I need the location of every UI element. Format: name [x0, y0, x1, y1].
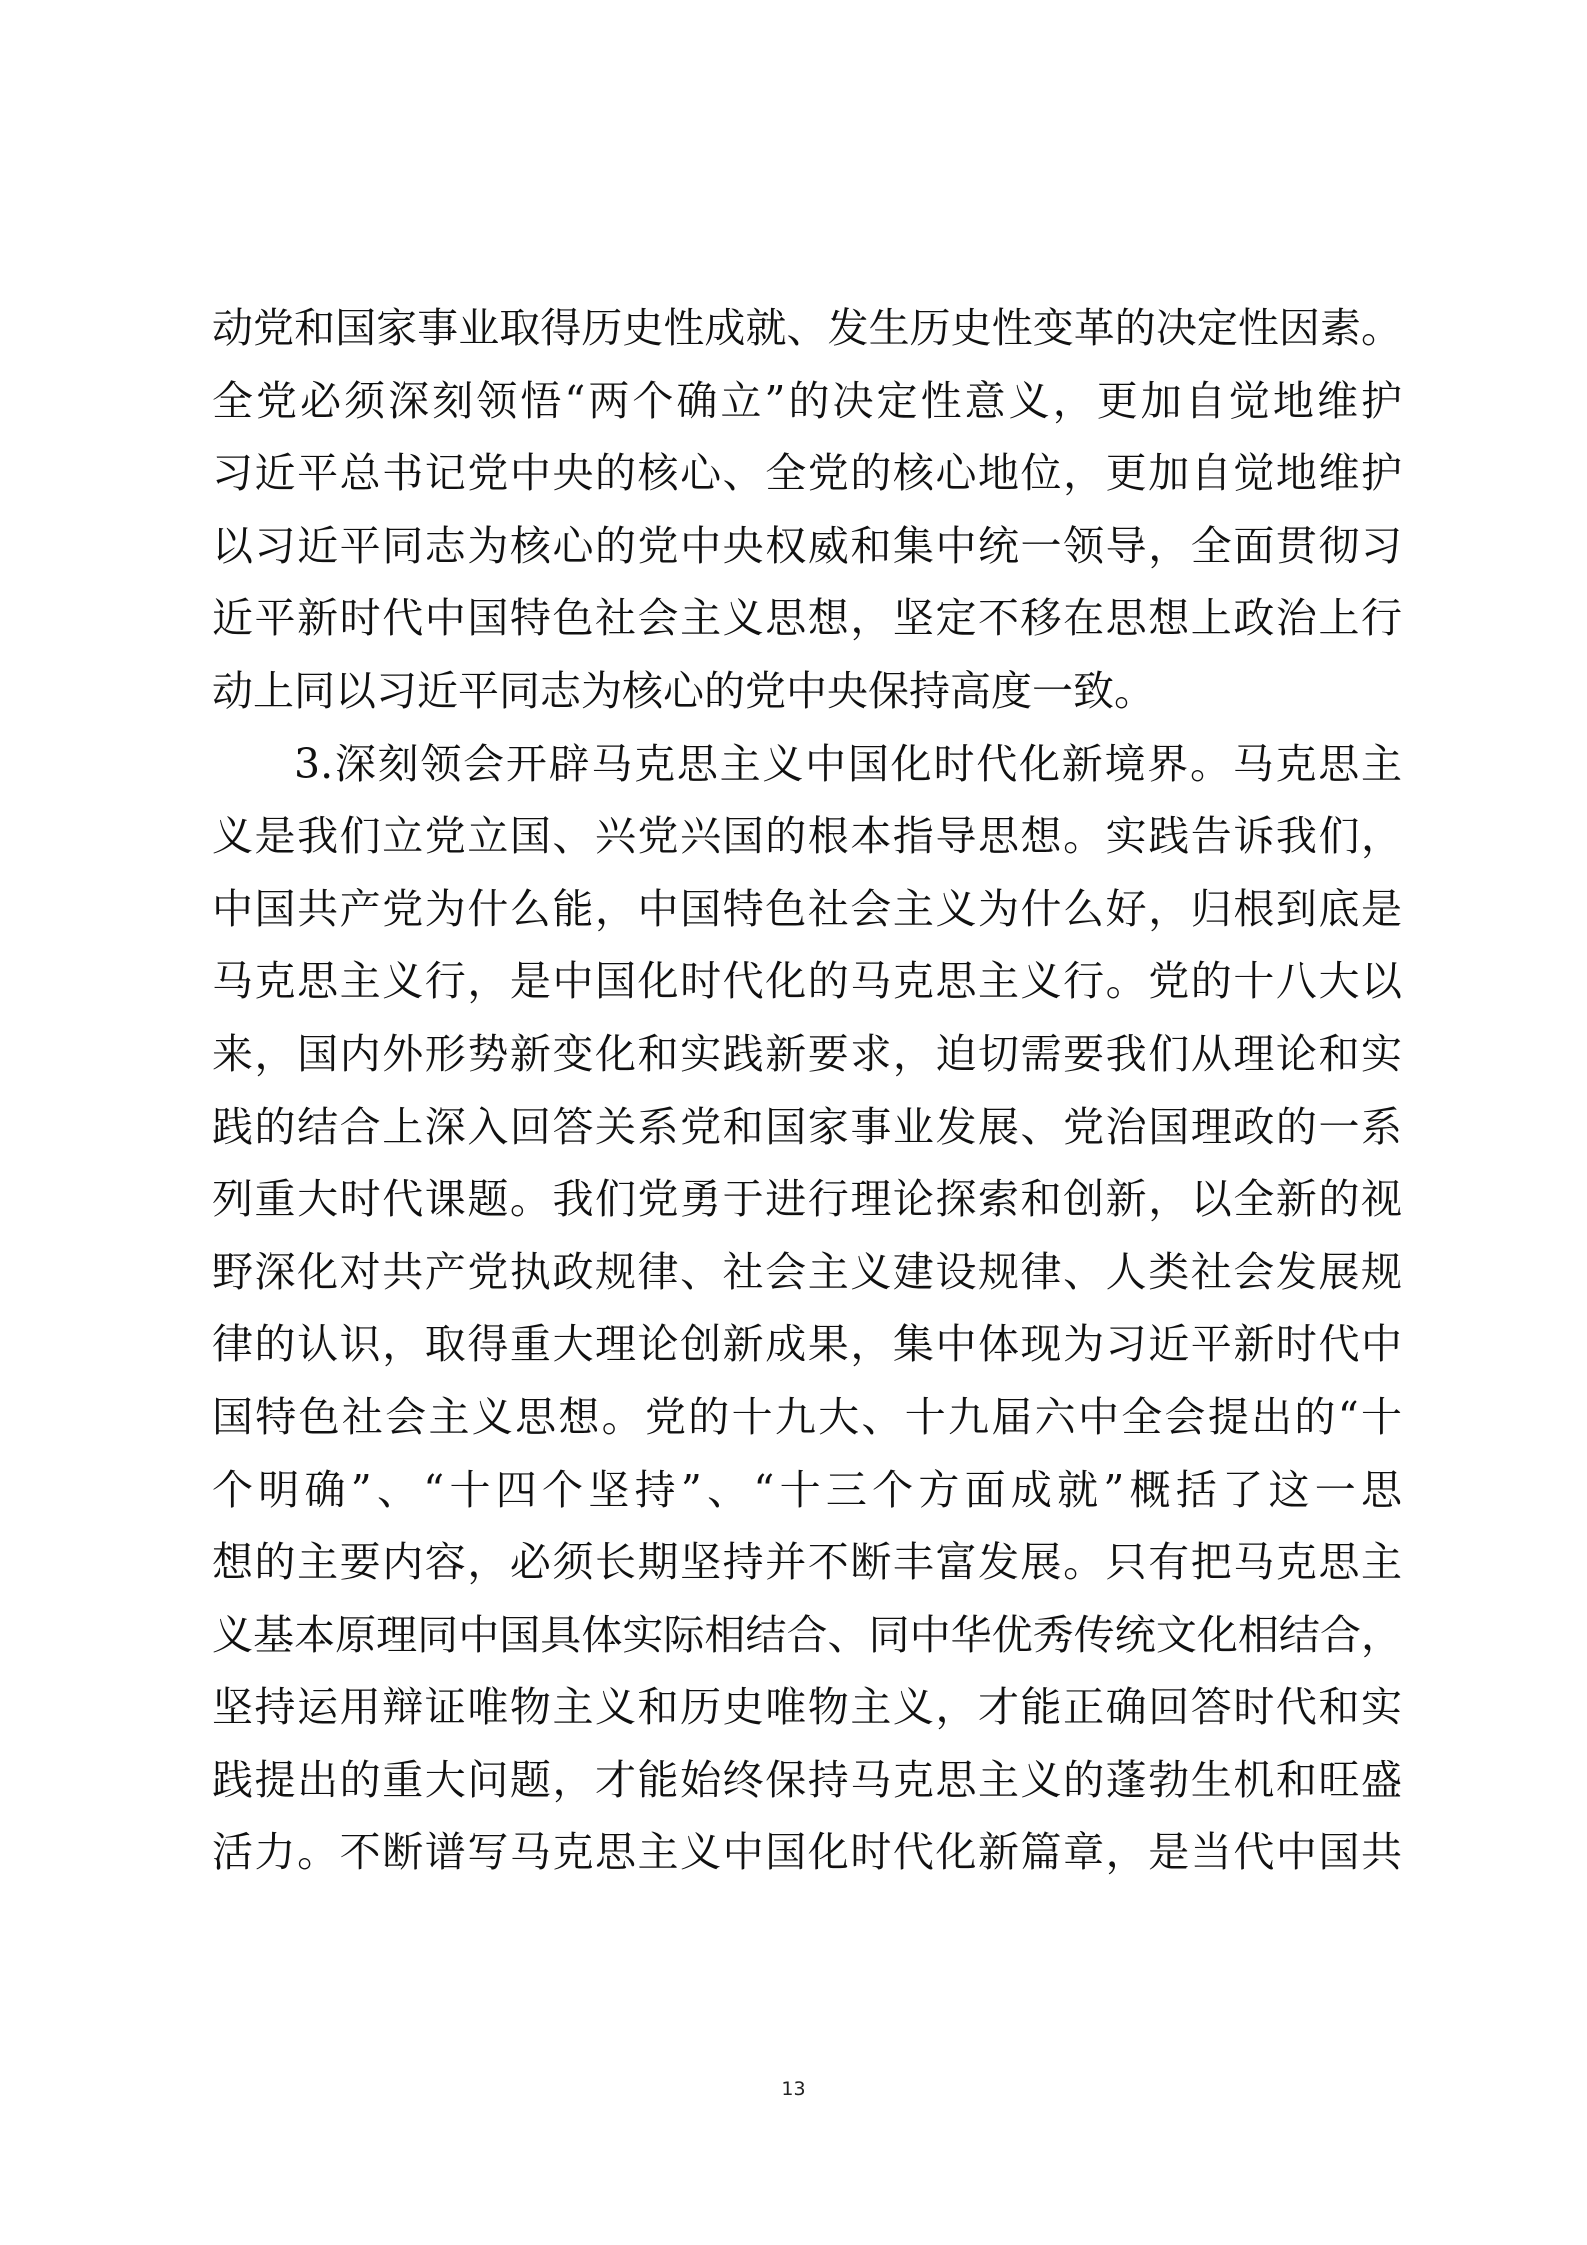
text-line: 全党必须深刻领悟“两个确立”的决定性意义，更加自觉地维护: [212, 365, 1402, 438]
text-line: 习近平总书记党中央的核心、全党的核心地位，更加自觉地维护: [212, 437, 1402, 510]
paragraph-section-3: 3.深刻领会开辟马克思主义中国化时代化新境界。马克思主 义是我们立党立国、兴党兴…: [212, 728, 1402, 1890]
text-line: 中国共产党为什么能，中国特色社会主义为什么好，归根到底是: [212, 873, 1402, 946]
text-line: 来，国内外形势新变化和实践新要求，迫切需要我们从理论和实: [212, 1018, 1402, 1091]
section-heading-line: 3.深刻领会开辟马克思主义中国化时代化新境界。马克思主: [212, 728, 1402, 801]
text-line: 义是我们立党立国、兴党兴国的根本指导思想。实践告诉我们，: [212, 800, 1402, 873]
text-line: 动上同以习近平同志为核心的党中央保持高度一致。: [212, 655, 1402, 728]
page-number: 13: [0, 2078, 1587, 2100]
text-line: 义基本原理同中国具体实际相结合、同中华优秀传统文化相结合，: [212, 1599, 1402, 1672]
text-line: 国特色社会主义思想。党的十九大、十九届六中全会提出的“十: [212, 1381, 1402, 1454]
text-line: 野深化对共产党执政规律、社会主义建设规律、人类社会发展规: [212, 1236, 1402, 1309]
text-line: 马克思主义行，是中国化时代化的马克思主义行。党的十八大以: [212, 945, 1402, 1018]
body-text: 动党和国家事业取得历史性成就、发生历史性变革的决定性因素。 全党必须深刻领悟“两…: [212, 292, 1402, 1889]
text-line: 个明确”、“十四个坚持”、“十三个方面成就”概括了这一思: [212, 1454, 1402, 1527]
text-line: 想的主要内容，必须长期坚持并不断丰富发展。只有把马克思主: [212, 1526, 1402, 1599]
text-line: 动党和国家事业取得历史性成就、发生历史性变革的决定性因素。: [212, 292, 1402, 365]
text-line: 列重大时代课题。我们党勇于进行理论探索和创新，以全新的视: [212, 1163, 1402, 1236]
text-line: 近平新时代中国特色社会主义思想，坚定不移在思想上政治上行: [212, 582, 1402, 655]
text-line: 以习近平同志为核心的党中央权威和集中统一领导，全面贯彻习: [212, 510, 1402, 583]
paragraph-continued: 动党和国家事业取得历史性成就、发生历史性变革的决定性因素。 全党必须深刻领悟“两…: [212, 292, 1402, 728]
document-page: 动党和国家事业取得历史性成就、发生历史性变革的决定性因素。 全党必须深刻领悟“两…: [0, 0, 1587, 2245]
text-line: 践提出的重大问题，才能始终保持马克思主义的蓬勃生机和旺盛: [212, 1744, 1402, 1817]
text-line: 律的认识，取得重大理论创新成果，集中体现为习近平新时代中: [212, 1308, 1402, 1381]
text-line: 活力。不断谱写马克思主义中国化时代化新篇章，是当代中国共: [212, 1816, 1402, 1889]
text-line: 坚持运用辩证唯物主义和历史唯物主义，才能正确回答时代和实: [212, 1671, 1402, 1744]
text-line: 践的结合上深入回答关系党和国家事业发展、党治国理政的一系: [212, 1091, 1402, 1164]
